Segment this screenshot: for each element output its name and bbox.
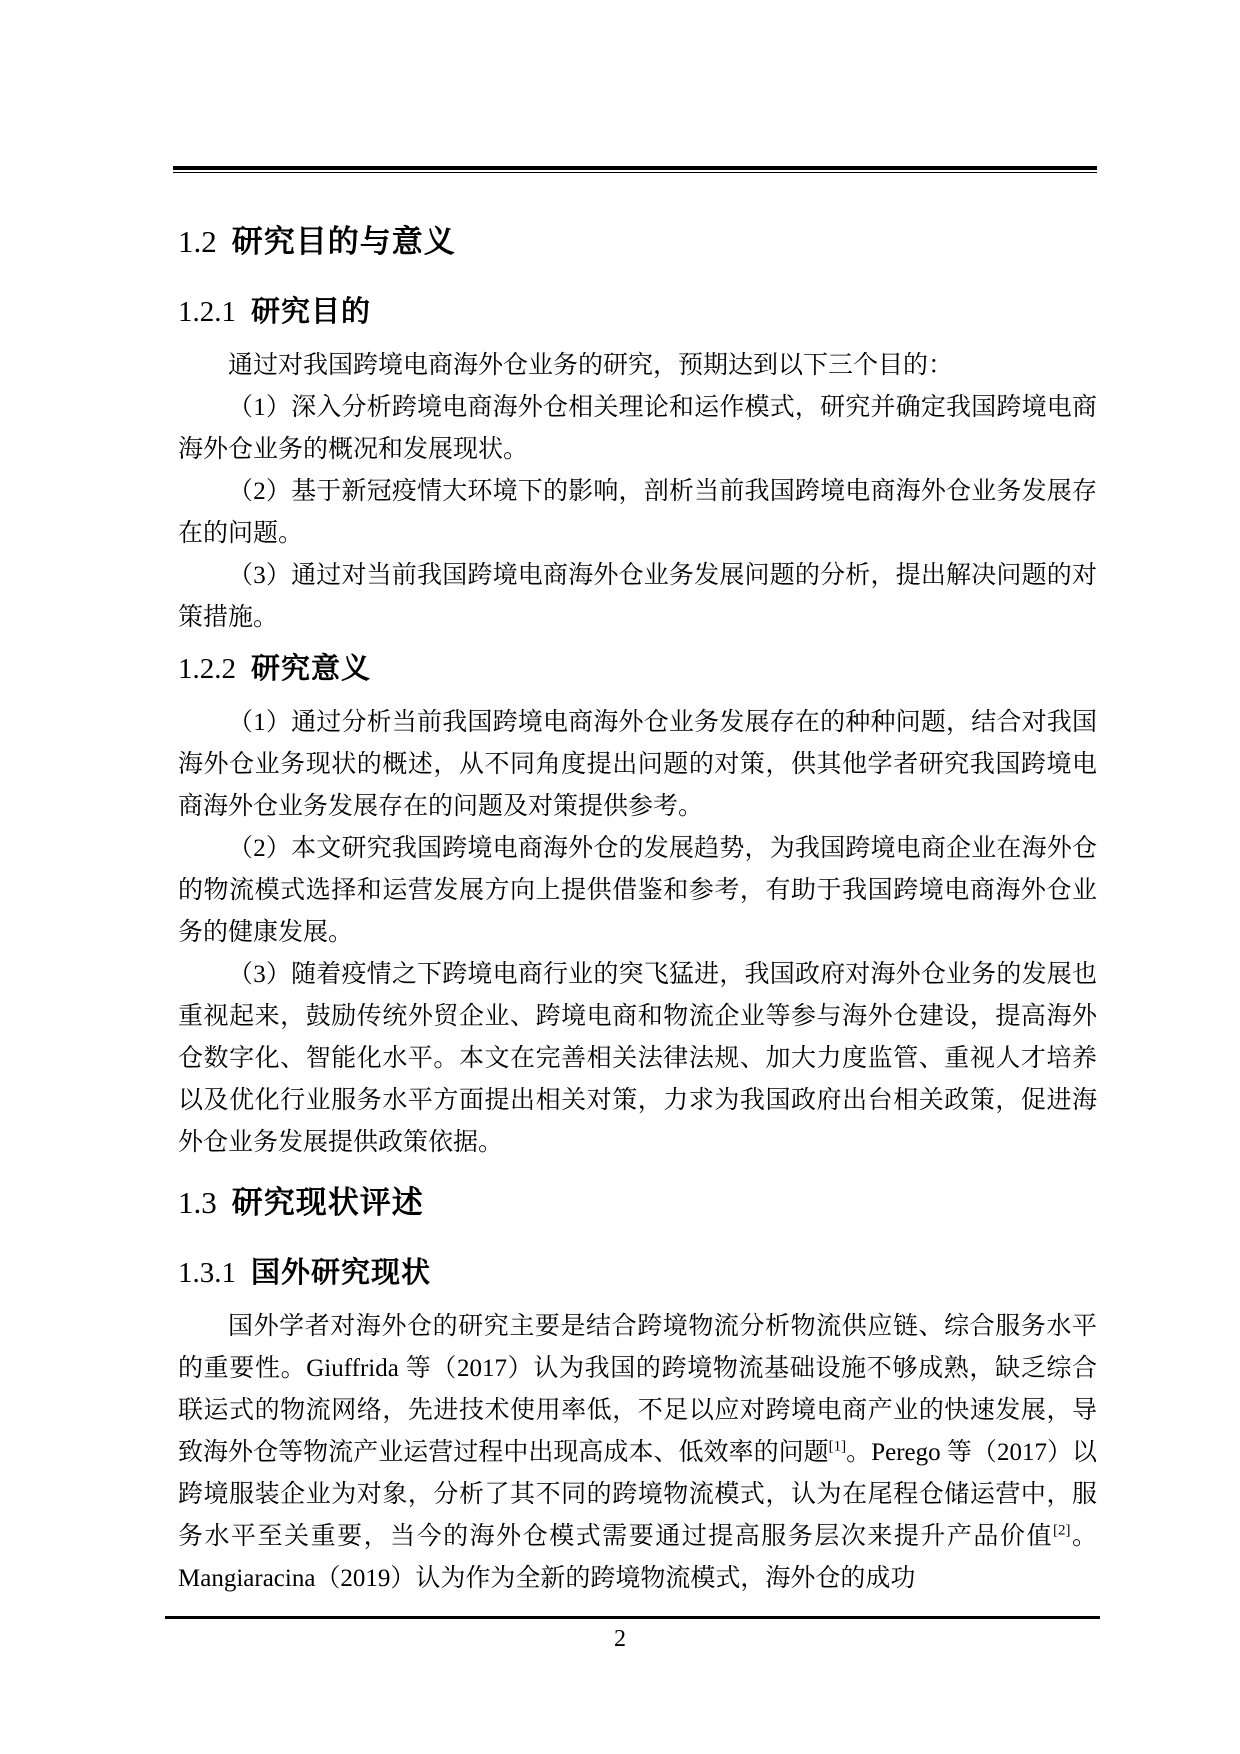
text-run: （3）随着疫情之下跨境电商行业的突飞猛进，我国政府对海外仓业务的发展也重视起来，… — [178, 961, 1097, 1156]
document-page: 1.2研究目的与意义1.2.1研究目的通过对我国跨境电商海外仓业务的研究，预期达… — [0, 0, 1240, 1754]
page-number: 2 — [0, 1624, 1240, 1654]
text-run: （2）本文研究我国跨境电商海外仓的发展趋势，为我国跨境电商企业在海外仓的物流模式… — [178, 835, 1097, 946]
paragraph: （2）本文研究我国跨境电商海外仓的发展趋势，为我国跨境电商企业在海外仓的物流模式… — [178, 828, 1097, 954]
subsection-heading: 1.2.1研究目的 — [178, 293, 1097, 331]
paragraph: （3）通过对当前我国跨境电商海外仓业务发展问题的分析，提出解决问题的对策措施。 — [178, 555, 1097, 639]
heading-title: 研究目的 — [251, 296, 371, 328]
heading-number: 1.3 — [178, 1185, 217, 1220]
text-run: （1）深入分析跨境电商海外仓相关理论和运作模式，研究并确定我国跨境电商海外仓业务… — [178, 394, 1097, 463]
text-run: （1）通过分析当前我国跨境电商海外仓业务发展存在的种种问题，结合对我国海外仓业务… — [178, 709, 1097, 820]
text-run: （2）基于新冠疫情大环境下的影响，剖析当前我国跨境电商海外仓业务发展存在的问题。 — [178, 478, 1097, 547]
heading-number: 1.2 — [178, 224, 217, 259]
paragraph: （1）通过分析当前我国跨境电商海外仓业务发展存在的种种问题，结合对我国海外仓业务… — [178, 702, 1097, 828]
section-heading: 1.2研究目的与意义 — [178, 222, 1097, 262]
heading-title: 研究现状评述 — [232, 1185, 424, 1220]
heading-number: 1.2.1 — [178, 296, 236, 328]
paragraph: （2）基于新冠疫情大环境下的影响，剖析当前我国跨境电商海外仓业务发展存在的问题。 — [178, 471, 1097, 555]
heading-number: 1.3.1 — [178, 1257, 236, 1289]
subsection-heading: 1.2.2研究意义 — [178, 650, 1097, 688]
citation-superscript: [1] — [829, 1439, 847, 1455]
paragraph: （3）随着疫情之下跨境电商行业的突飞猛进，我国政府对海外仓业务的发展也重视起来，… — [178, 954, 1097, 1164]
heading-title: 国外研究现状 — [251, 1257, 431, 1289]
paragraph: 通过对我国跨境电商海外仓业务的研究，预期达到以下三个目的： — [178, 345, 1097, 387]
text-run: 通过对我国跨境电商海外仓业务的研究，预期达到以下三个目的： — [228, 352, 953, 379]
text-run: （3）通过对当前我国跨境电商海外仓业务发展问题的分析，提出解决问题的对策措施。 — [178, 562, 1097, 631]
citation-superscript: [2] — [1053, 1523, 1071, 1539]
paragraph: 国外学者对海外仓的研究主要是结合跨境物流分析物流供应链、综合服务水平的重要性。G… — [178, 1306, 1097, 1600]
paragraph: （1）深入分析跨境电商海外仓相关理论和运作模式，研究并确定我国跨境电商海外仓业务… — [178, 387, 1097, 471]
document-content: 1.2研究目的与意义1.2.1研究目的通过对我国跨境电商海外仓业务的研究，预期达… — [178, 222, 1097, 1600]
heading-title: 研究意义 — [251, 653, 371, 685]
heading-number: 1.2.2 — [178, 653, 236, 685]
header-rule — [173, 166, 1097, 173]
heading-title: 研究目的与意义 — [232, 224, 456, 259]
subsection-heading: 1.3.1国外研究现状 — [178, 1254, 1097, 1292]
footer-rule — [165, 1616, 1100, 1619]
section-heading: 1.3研究现状评述 — [178, 1183, 1097, 1223]
